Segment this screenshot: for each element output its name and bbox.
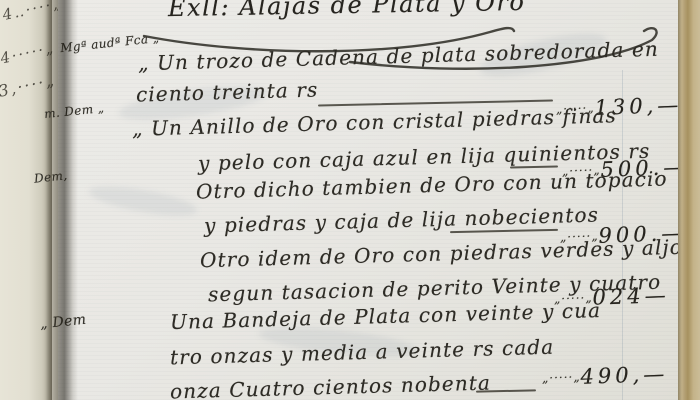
ink-rule — [476, 389, 536, 392]
bleedthrough-smudge — [87, 181, 199, 222]
entry-line: ciento treinta rs — [136, 77, 319, 106]
manuscript-page: Exll: Alajas de Plata y Oro Mgª audª Fca… — [58, 0, 682, 400]
entry-line: Otro idem de Oro con piedras verdes y al… — [200, 234, 700, 272]
entry-line: tro onzas y media a veinte rs cada — [170, 335, 555, 370]
ink-rule — [510, 165, 558, 168]
value-leader: „·····„ — [542, 370, 581, 385]
gutter-shadow — [44, 0, 78, 400]
entry-value: „·····„490,— — [542, 362, 669, 390]
value-amount: 024— — [592, 283, 670, 310]
value-amount: 490,— — [580, 362, 669, 389]
entry-line: onza Cuatro cientos nobenta — [170, 371, 492, 400]
entry-line: y piedras y caja de lija nobecientos — [204, 202, 599, 237]
manuscript-photo: 4‥····„ 4·····„ 3,····„ Exll: Alajas de … — [0, 0, 700, 400]
deckle-edge — [678, 0, 700, 400]
